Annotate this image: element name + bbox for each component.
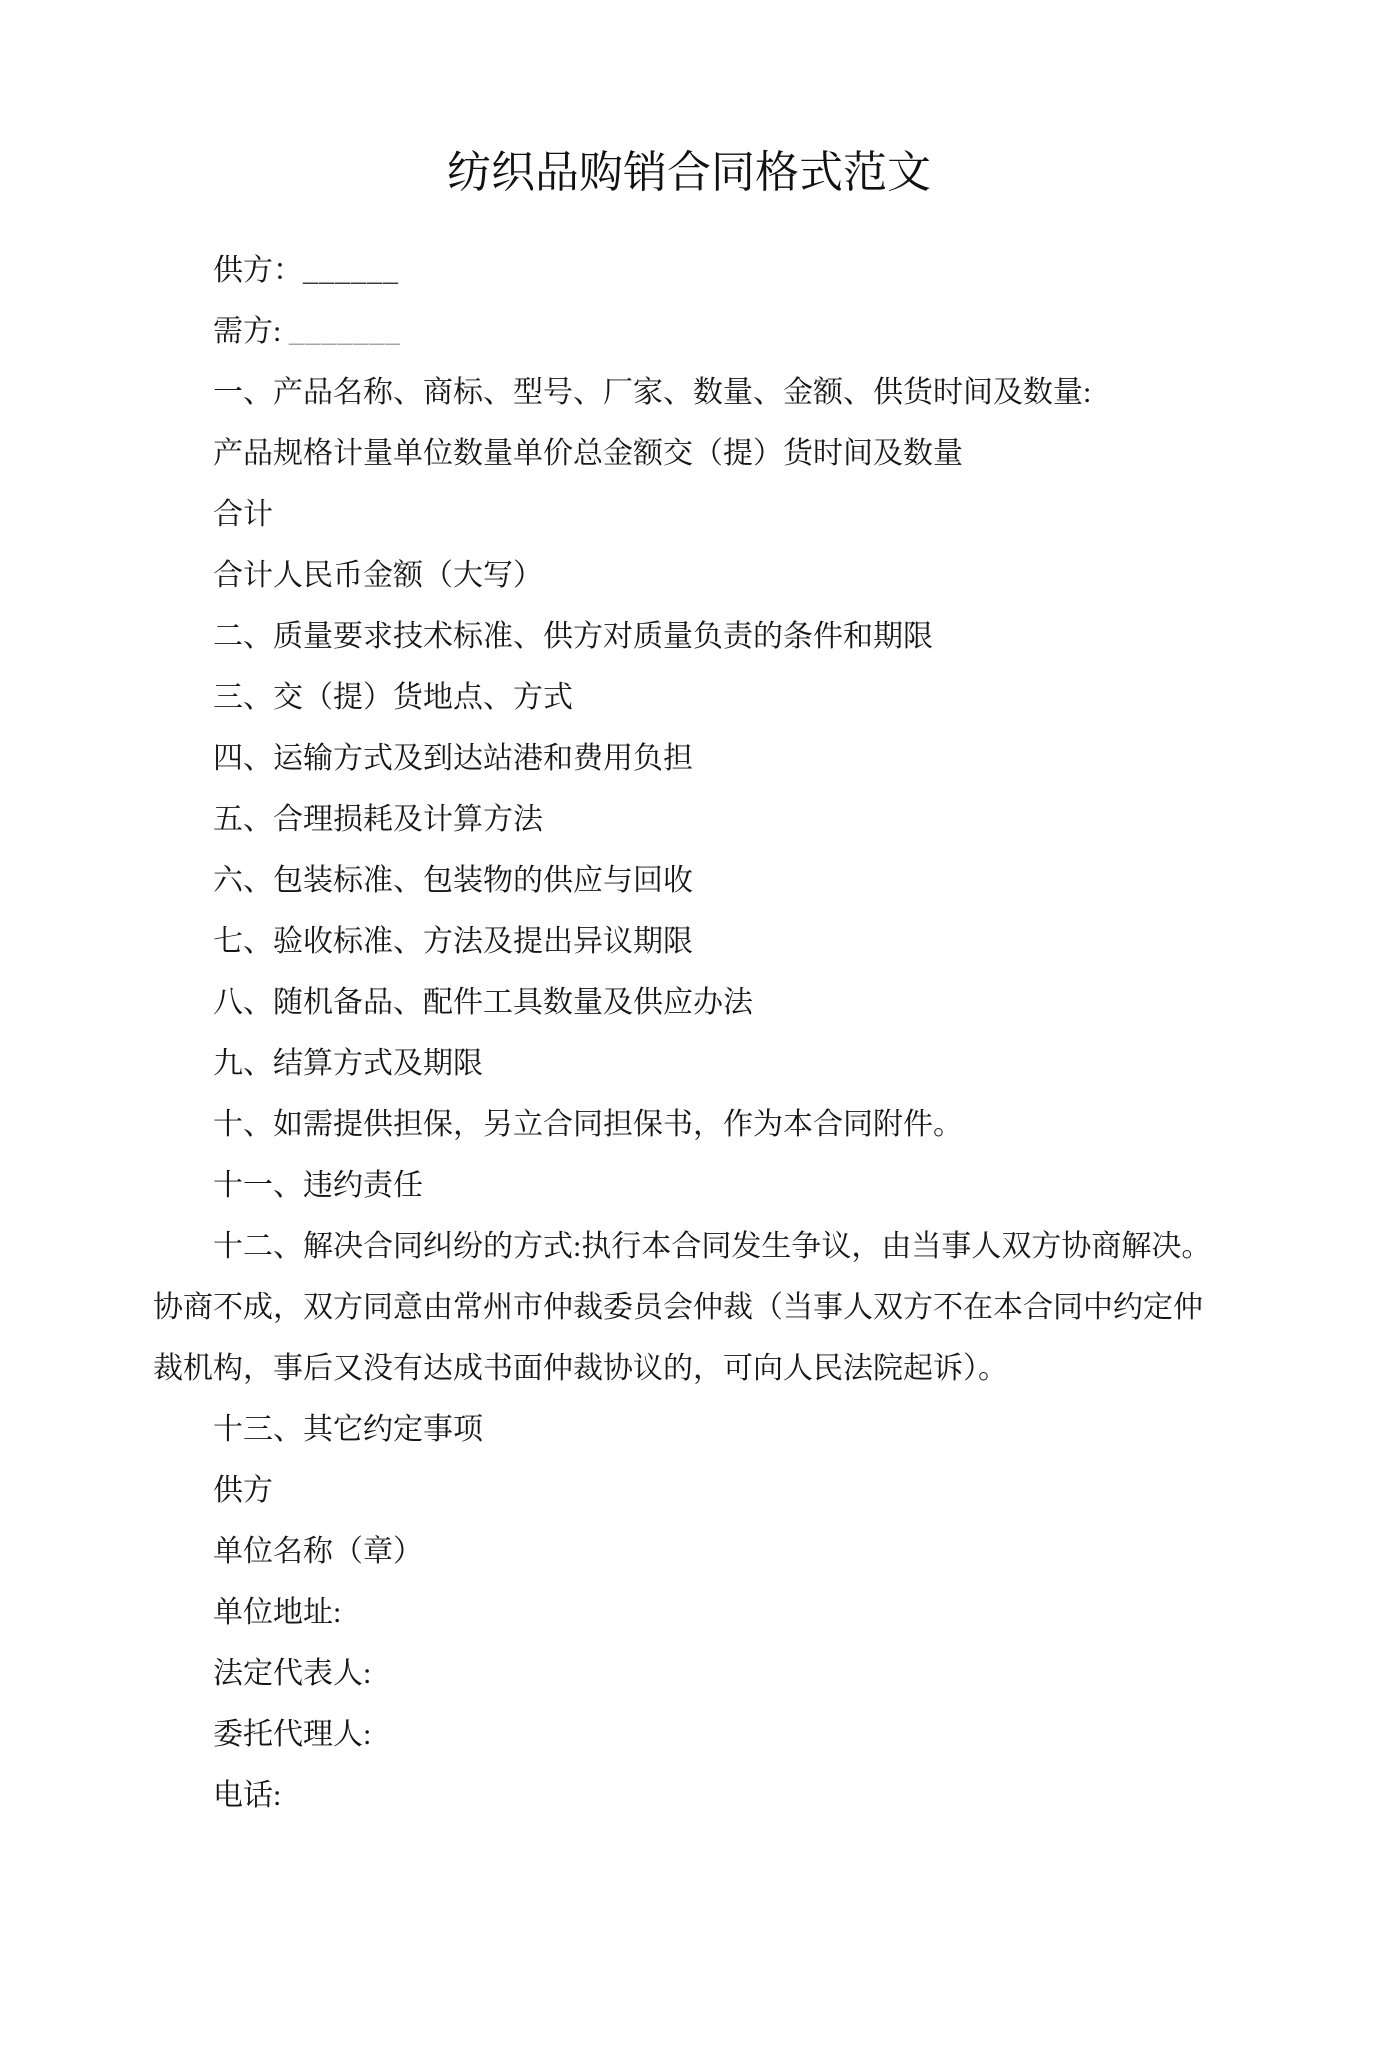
line-text: 四、运输方式及到达站港和费用负担	[213, 742, 693, 775]
fill-in-blank: _______	[289, 315, 401, 348]
contract-line: 四、运输方式及到达站港和费用负担	[153, 728, 1225, 789]
line-text: 单位地址:	[213, 1596, 341, 1629]
line-text: 单位名称（章）	[213, 1535, 423, 1568]
contract-line: 委托代理人:	[153, 1704, 1225, 1765]
line-text: 法定代表人:	[213, 1657, 371, 1690]
line-text: 供方	[213, 1474, 273, 1507]
contract-line: 单位地址:	[153, 1582, 1225, 1643]
contract-line: 供方：______	[153, 240, 1225, 301]
contract-line: 协商不成，双方同意由常州市仲裁委员会仲裁（当事人双方不在本合同中约定仲	[153, 1277, 1225, 1338]
document-title: 纺织品购销合同格式范文	[153, 0, 1225, 198]
contract-line: 法定代表人:	[153, 1643, 1225, 1704]
contract-line: 十、如需提供担保，另立合同担保书，作为本合同附件。	[153, 1094, 1225, 1155]
contract-line: 十一、违约责任	[153, 1155, 1225, 1216]
line-text: 需方:	[213, 315, 289, 348]
contract-line: 需方: _______	[153, 301, 1225, 362]
contract-line: 二、质量要求技术标准、供方对质量负责的条件和期限	[153, 606, 1225, 667]
contract-line: 产品规格计量单位数量单价总金额交（提）货时间及数量	[153, 423, 1225, 484]
line-text: 合计	[213, 498, 273, 531]
line-text: 合计人民币金额（大写）	[213, 559, 543, 592]
line-text: 十三、其它约定事项	[213, 1413, 483, 1446]
contract-line: 七、验收标准、方法及提出异议期限	[153, 911, 1225, 972]
contract-line: 六、包装标准、包装物的供应与回收	[153, 850, 1225, 911]
contract-line: 裁机构，事后又没有达成书面仲裁协议的，可向人民法院起诉）。	[153, 1338, 1225, 1399]
line-text: 八、随机备品、配件工具数量及供应办法	[213, 986, 753, 1019]
contract-line: 供方	[153, 1460, 1225, 1521]
contract-line: 八、随机备品、配件工具数量及供应办法	[153, 972, 1225, 1033]
line-text: 十、如需提供担保，另立合同担保书，作为本合同附件。	[213, 1108, 963, 1141]
contract-line: 合计人民币金额（大写）	[153, 545, 1225, 606]
line-text: 五、合理损耗及计算方法	[213, 803, 543, 836]
contract-line: 合计	[153, 484, 1225, 545]
contract-line: 电话:	[153, 1765, 1225, 1826]
line-text: 裁机构，事后又没有达成书面仲裁协议的，可向人民法院起诉）。	[153, 1352, 1008, 1385]
contract-line: 九、结算方式及期限	[153, 1033, 1225, 1094]
line-text: 委托代理人:	[213, 1718, 371, 1751]
line-text: 九、结算方式及期限	[213, 1047, 483, 1080]
line-text: 一、产品名称、商标、型号、厂家、数量、金额、供货时间及数量:	[213, 376, 1091, 409]
line-text: 协商不成，双方同意由常州市仲裁委员会仲裁（当事人双方不在本合同中约定仲	[153, 1291, 1203, 1324]
contract-line: 三、交（提）货地点、方式	[153, 667, 1225, 728]
contract-line: 十二、解决合同纠纷的方式:执行本合同发生争议，由当事人双方协商解决。	[153, 1216, 1225, 1277]
line-text: 产品规格计量单位数量单价总金额交（提）货时间及数量	[213, 437, 963, 470]
contract-line: 一、产品名称、商标、型号、厂家、数量、金额、供货时间及数量:	[153, 362, 1225, 423]
line-text: 七、验收标准、方法及提出异议期限	[213, 925, 693, 958]
line-text: 十二、解决合同纠纷的方式:执行本合同发生争议，由当事人双方协商解决。	[213, 1230, 1211, 1263]
line-text: 十一、违约责任	[213, 1169, 423, 1202]
line-text: 三、交（提）货地点、方式	[213, 681, 573, 714]
line-text: 供方：	[213, 254, 303, 287]
line-text: 二、质量要求技术标准、供方对质量负责的条件和期限	[213, 620, 933, 653]
line-text: 电话:	[213, 1779, 281, 1812]
line-text: 六、包装标准、包装物的供应与回收	[213, 864, 693, 897]
document-page: 纺织品购销合同格式范文 供方：______需方: _______一、产品名称、商…	[0, 0, 1378, 2059]
contract-line: 五、合理损耗及计算方法	[153, 789, 1225, 850]
fill-in-blank: ______	[303, 254, 399, 287]
contract-line: 十三、其它约定事项	[153, 1399, 1225, 1460]
document-body: 供方：______需方: _______一、产品名称、商标、型号、厂家、数量、金…	[153, 240, 1225, 1826]
contract-line: 单位名称（章）	[153, 1521, 1225, 1582]
